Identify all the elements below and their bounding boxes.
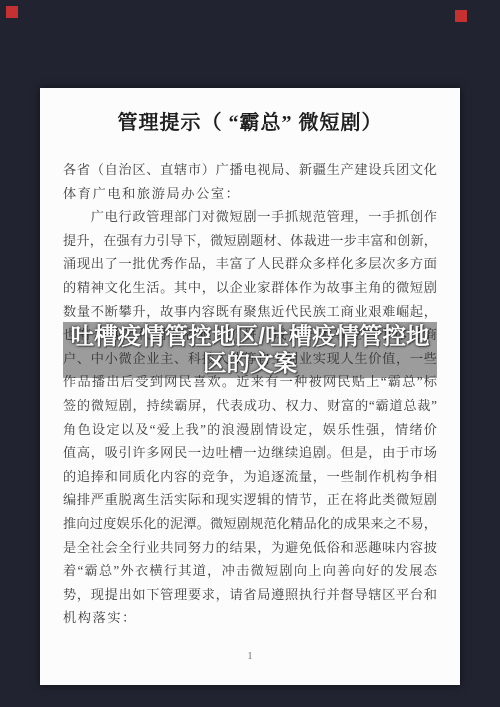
document-text-line: 的追捧和同质化内容的竞争，为追逐流量，一些制作机构争相 xyxy=(63,465,437,489)
document-text-line: 值高，吸引许多网民一边吐槽一边继续追剧。但是，由于市场 xyxy=(63,441,437,465)
document-text-line: 各省（自治区、直辖市）广播电视局、新疆生产建设兵团文化 xyxy=(63,158,437,182)
document-text-line: 广电行政管理部门对微短剧一手抓规范管理，一手抓创作 xyxy=(63,205,437,229)
caption-overlay-band: 吐槽疫情管控地区/吐槽疫情管控地 区的文案 xyxy=(63,322,437,378)
document-text-line: 的精神文化生活。其中，以企业家群体作为故事主角的微短剧 xyxy=(63,276,437,300)
document-body: 各省（自治区、直辖市）广播电视局、新疆生产建设兵团文化体育广电和旅游局办公室： … xyxy=(63,158,437,630)
caption-overlay-text-line-2: 区的文案 xyxy=(203,350,297,377)
screenshot-frame: 管理提示（ “霸总” 微短剧） 各省（自治区、直辖市）广播电视局、新疆生产建设兵… xyxy=(0,0,500,707)
red-corner-marker-top-right xyxy=(455,10,467,22)
document-text-line: 推向过度娱乐化的泥潭。微短剧规范化精品化的成果来之不易， xyxy=(63,512,437,536)
document-text-line: 体育广电和旅游局办公室： xyxy=(63,182,437,206)
document-text-line: 机构落实： xyxy=(63,606,437,630)
document-text-line: 编排严重脱离生活实际和现实逻辑的情节，正在将此类微短剧 xyxy=(63,488,437,512)
document-text-line: 数量不断攀升，故事内容既有聚焦近代民族工商业艰难崛起， xyxy=(63,300,437,324)
document-text-line: 签的微短剧，持续霸屏，代表成功、权力、财富的“霸道总裁” xyxy=(63,394,437,418)
document-title: 管理提示（ “霸总” 微短剧） xyxy=(63,106,437,135)
document-text-line: 涌现出了一批优秀作品，丰富了人民群众多样化多层次多方面 xyxy=(63,252,437,276)
document-text-line: 是全社会全行业共同努力的结果，为避免低俗和恶趣味内容披 xyxy=(63,536,437,560)
document-text-line: 势，现提出如下管理要求，请省局遵照执行并督导辖区平台和 xyxy=(63,583,437,607)
document-text-line: 着“霸总”外衣横行其道，冲击微短剧向上向善向好的发展态 xyxy=(63,559,437,583)
caption-overlay-text-line-1: 吐槽疫情管控地区/吐槽疫情管控地 xyxy=(70,323,429,350)
red-corner-marker-top-left xyxy=(6,6,18,18)
document-text-line: 提升，在强有力引导下，微短剧题材、体裁进一步丰富和创新， xyxy=(63,229,437,253)
document-text-line: 角色设定以及“爱上我”的浪漫剧情设定，娱乐性强，情绪价 xyxy=(63,418,437,442)
page-number: 1 xyxy=(63,651,437,662)
